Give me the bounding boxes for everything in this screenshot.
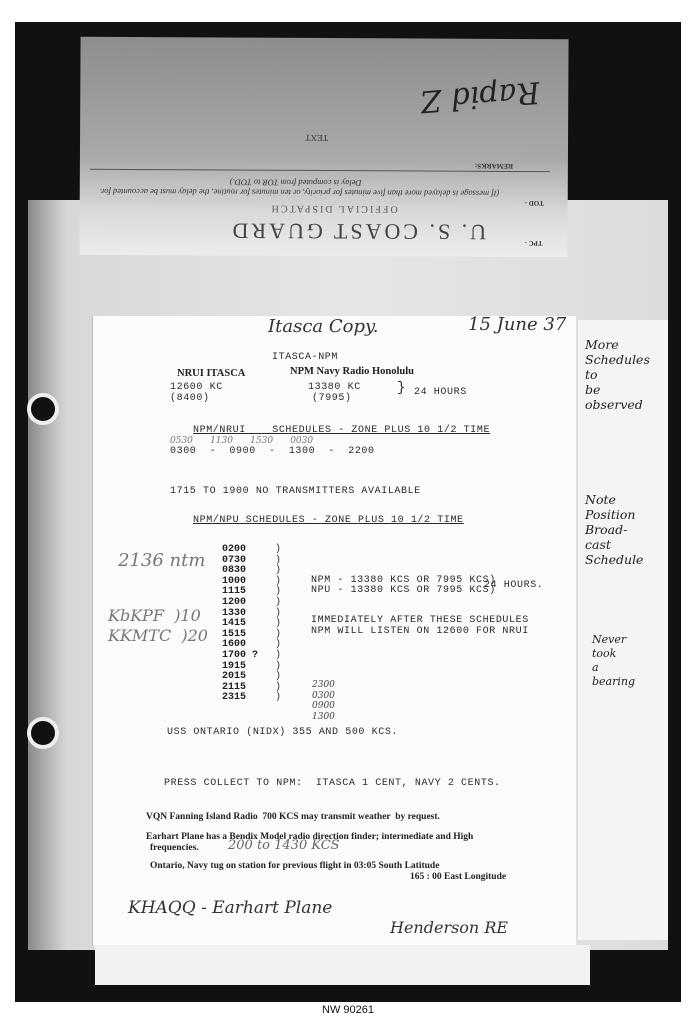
handwritten-time: 1300	[312, 712, 335, 723]
margin-note-schedules: MoreSchedulestobeobserved	[585, 337, 650, 412]
freq-left-alt: (8400)	[170, 393, 210, 404]
handwritten-time: 2300	[312, 680, 335, 691]
margin-note-word: cast	[585, 537, 643, 552]
margin-note-word: bearing	[592, 675, 635, 689]
schedule1-times: 0300 - 0900 - 1300 - 2200	[170, 446, 375, 457]
coast-guard-dispatch-form: U. S. COAST GUARD OFFICIAL DISPATCH (If …	[79, 37, 568, 258]
margin-note-word: be	[585, 382, 650, 397]
dispatch-notice: (If message is delayed more than five mi…	[100, 187, 500, 199]
margin-note-word: took	[592, 647, 635, 661]
remarks-label: REMARKS:	[475, 162, 513, 170]
margin-note-word: Note	[585, 492, 643, 507]
margin-note-word: Schedule	[585, 552, 643, 567]
margin-note-word: More	[585, 337, 650, 352]
margin-note-position: NotePositionBroad-castSchedule	[585, 492, 643, 567]
margin-note-word: observed	[585, 397, 650, 412]
dispatch-notice-2: Delay is computed from TOR to TOD.)	[230, 178, 362, 189]
handwritten-header: Itasca Copy.	[268, 316, 378, 337]
schedule2-brackets: )))))))))))))))	[275, 545, 281, 704]
handwritten-time: 0900	[312, 701, 335, 712]
margin-note-word: Position	[585, 507, 643, 522]
left-note-2: KbKPF )10	[108, 606, 201, 625]
bracket-mark: )	[275, 598, 281, 609]
ontario-tug-2: 165 : 00 East Longitude	[410, 872, 506, 882]
margin-note-word: Schedules	[585, 352, 650, 367]
heading: ITASCA-NPM	[272, 352, 338, 363]
khaqq-note: KHAQQ - Earhart Plane	[128, 898, 332, 918]
text-label: TEXT	[305, 133, 328, 143]
right-margin	[578, 320, 668, 940]
dispatch-subtitle: OFFICIAL DISPATCH	[270, 203, 398, 215]
dispatch-title: U. S. COAST GUARD	[229, 218, 486, 245]
margin-note-word: to	[585, 367, 650, 382]
schedule-time: 2315	[222, 693, 258, 704]
margin-note-word: Never	[592, 633, 635, 647]
hours-24: 24 HOURS	[414, 387, 467, 398]
schedule1-title: NPM/NRUI SCHEDULES - ZONE PLUS 10 1/2 TI…	[193, 425, 490, 436]
station-left: NRUI ITASCA	[177, 368, 245, 379]
station-right: NPM Navy Radio Honolulu	[290, 366, 414, 377]
schedule-time: 1700 ?	[222, 651, 258, 662]
press-line: PRESS COLLECT TO NPM: ITASCA 1 CENT, NAV…	[164, 778, 501, 789]
schedule1-handwritten: 0530 1130 1530 0030	[170, 436, 313, 446]
punch-hole	[27, 717, 59, 749]
tod-label: TOD -	[525, 199, 544, 207]
earhart-line-2: frequencies.	[150, 843, 199, 853]
ontario-tug-1: Ontario, Navy tug on station for previou…	[150, 861, 439, 871]
listen-line-2: NPM WILL LISTEN ON 12600 FOR NRUI	[311, 626, 529, 637]
bracket: }	[397, 380, 405, 396]
npm-hours: 24 HOURS.	[484, 580, 543, 591]
vqn-line: VQN Fanning Island Radio 700 KCS may tra…	[146, 812, 440, 822]
schedule-time: 0200	[222, 545, 258, 556]
bottom-strip	[95, 945, 590, 985]
bracket-mark: )	[275, 545, 281, 556]
earhart-handwritten: 200 to 1430 KCS	[228, 838, 340, 853]
freq-left: 12600 KC	[170, 382, 223, 393]
listen-line-1: IMMEDIATELY AFTER THESE SCHEDULES	[311, 615, 529, 626]
ontario-line: USS ONTARIO (NIDX) 355 AND 500 KCS.	[167, 727, 398, 738]
dispatch-handwriting: Rapid Z	[419, 74, 541, 119]
handwritten-date: 15 June 37	[468, 314, 566, 335]
left-note-1: 2136 ntm	[118, 550, 205, 571]
schedule2-times: 0200073008301000111512001330141515151600…	[222, 545, 258, 704]
left-note-3: KKMTC )20	[108, 626, 208, 645]
handwritten-time: 0300	[312, 691, 335, 702]
handwritten-times: 2300030009001300	[312, 680, 335, 722]
bracket-mark: )	[275, 651, 281, 662]
margin-note-word: a	[592, 661, 635, 675]
no-transmitters: 1715 TO 1900 NO TRANSMITTERS AVAILABLE	[170, 486, 421, 497]
schedule-time: 1200	[222, 598, 258, 609]
margin-note-bearing: Nevertookabearing	[592, 633, 635, 689]
punch-hole	[27, 393, 59, 425]
margin-note-word: Broad-	[585, 522, 643, 537]
schedule2-title: NPM/NPU SCHEDULES - ZONE PLUS 10 1/2 TIM…	[193, 515, 464, 526]
signature: Henderson RE	[390, 918, 508, 937]
npu-line: NPU - 13380 KCS OR 7995 KCS)	[311, 585, 496, 596]
tpc-label: TPC -	[524, 239, 542, 247]
archive-caption: NW 90261	[0, 1004, 696, 1016]
bracket-mark: )	[275, 693, 281, 704]
freq-right-alt: (7995)	[312, 393, 352, 404]
freq-right: 13380 KC	[308, 382, 361, 393]
